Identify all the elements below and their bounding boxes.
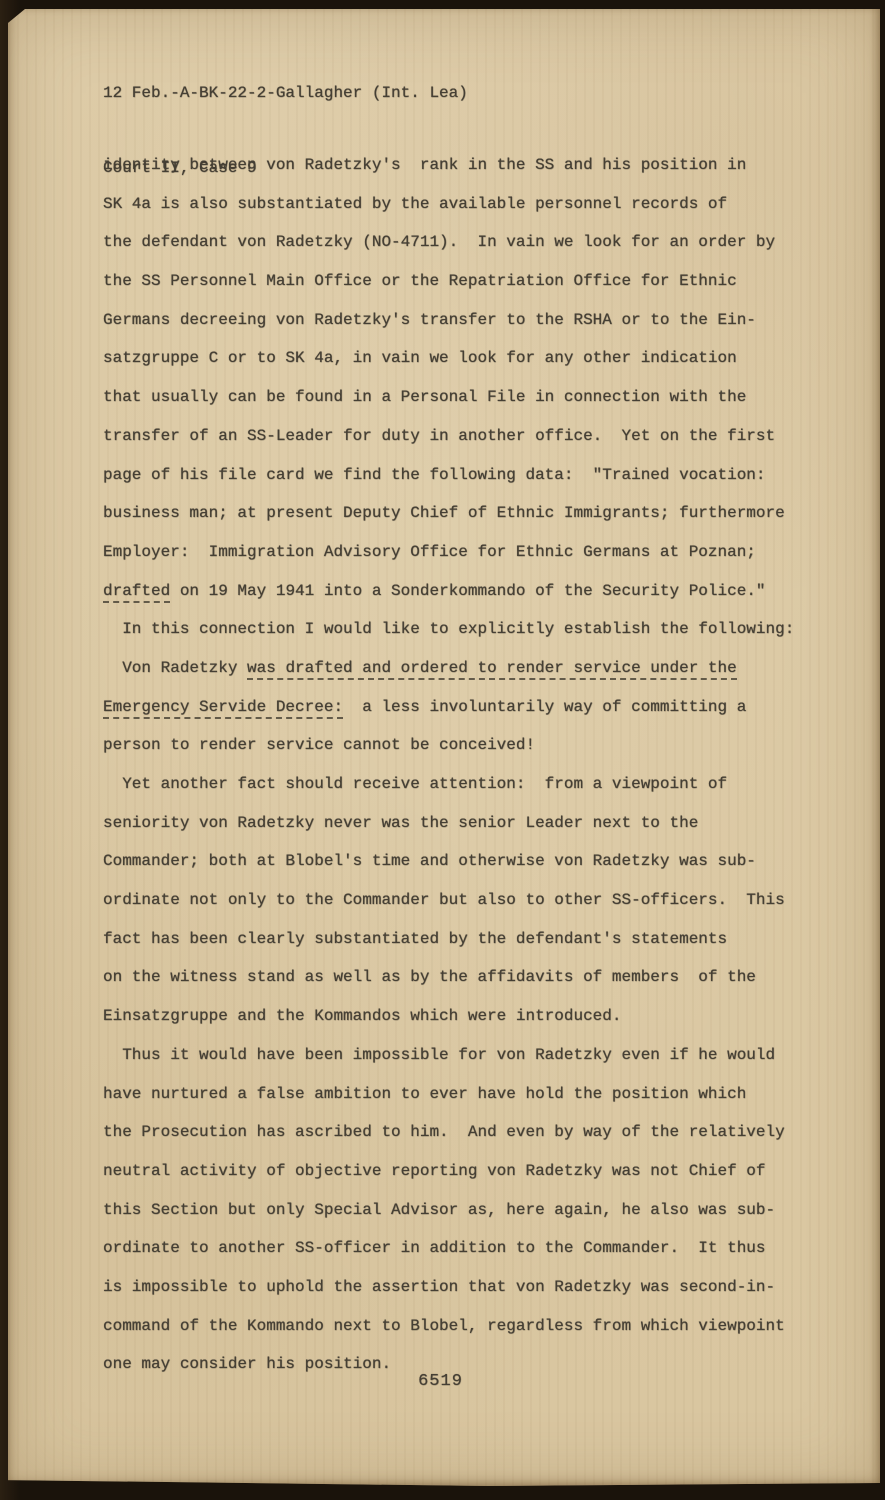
document-line: this Section but only Special Advisor as… [103, 1191, 863, 1230]
text-segment: is impossible to uphold the assertion th… [103, 1278, 775, 1296]
text-segment: seniority von Radetzky never was the sen… [103, 814, 698, 832]
text-segment: page of his file card we find the follow… [103, 466, 766, 484]
text-segment: have nurtured a false ambition to ever h… [103, 1085, 746, 1103]
text-segment: one may consider his position. [103, 1355, 391, 1373]
text-segment: ordinate not only to the Commander but a… [103, 891, 785, 909]
document-line: identity between von Radetzky's rank in … [103, 146, 863, 185]
document-line: business man; at present Deputy Chief of… [103, 494, 863, 533]
text-segment: the defendant von Radetzky (NO-4711). In… [103, 233, 775, 251]
document-page: 12 Feb.-A-BK-22-2-Gallagher (Int. Lea) C… [8, 9, 880, 1486]
document-line: satzgruppe C or to SK 4a, in vain we loo… [103, 339, 863, 378]
document-line: on the witness stand as well as by the a… [103, 958, 863, 997]
text-segment: neutral activity of objective reporting … [103, 1162, 766, 1180]
document-line: SK 4a is also substantiated by the avail… [103, 185, 863, 224]
header-line-1: 12 Feb.-A-BK-22-2-Gallagher (Int. Lea) [103, 81, 468, 106]
text-segment: Von Radetzky [103, 659, 247, 677]
document-line: Von Radetzky was drafted and ordered to … [103, 649, 863, 688]
document-line: ordinate not only to the Commander but a… [103, 881, 863, 920]
document-line: have nurtured a false ambition to ever h… [103, 1075, 863, 1114]
document-line: In this connection I would like to expli… [103, 610, 863, 649]
document-body: identity between von Radetzky's rank in … [103, 146, 863, 1384]
text-segment: business man; at present Deputy Chief of… [103, 504, 785, 522]
page-number: 6519 [103, 1372, 778, 1391]
document-line: Einsatzgruppe and the Kommandos which we… [103, 997, 863, 1036]
document-line: Employer: Immigration Advisory Office fo… [103, 533, 863, 572]
text-segment: Employer: Immigration Advisory Office fo… [103, 543, 756, 561]
text-segment: Germans decreeing von Radetzky's transfe… [103, 311, 756, 329]
text-segment: on the witness stand as well as by the a… [103, 968, 756, 986]
document-line: Commander; both at Blobel's time and oth… [103, 842, 863, 881]
underlined-text: was drafted and ordered to render servic… [247, 659, 737, 680]
document-line: drafted on 19 May 1941 into a Sonderkomm… [103, 572, 863, 611]
document-line: seniority von Radetzky never was the sen… [103, 804, 863, 843]
text-segment: the Prosecution has ascribed to him. And… [103, 1123, 785, 1141]
document-line: is impossible to uphold the assertion th… [103, 1268, 863, 1307]
text-segment: this Section but only Special Advisor as… [103, 1201, 775, 1219]
text-segment: satzgruppe C or to SK 4a, in vain we loo… [103, 349, 737, 367]
text-segment: In this connection I would like to expli… [103, 620, 794, 638]
document-line: person to render service cannot be conce… [103, 726, 863, 765]
text-segment: fact has been clearly substantiated by t… [103, 930, 727, 948]
text-segment: that usually can be found in a Personal … [103, 388, 746, 406]
document-line: the SS Personnel Main Office or the Repa… [103, 262, 863, 301]
text-segment: identity between von Radetzky's rank in … [103, 156, 746, 174]
document-line: Thus it would have been impossible for v… [103, 1036, 863, 1075]
document-line: fact has been clearly substantiated by t… [103, 920, 863, 959]
text-segment: Yet another fact should receive attentio… [103, 775, 727, 793]
document-line: that usually can be found in a Personal … [103, 378, 863, 417]
text-segment: person to render service cannot be conce… [103, 736, 535, 754]
text-segment: transfer of an SS-Leader for duty in ano… [103, 427, 775, 445]
text-segment: command of the Kommando next to Blobel, … [103, 1317, 785, 1335]
text-segment: a less involuntarily way of committing a [343, 698, 746, 716]
document-line: command of the Kommando next to Blobel, … [103, 1307, 863, 1346]
document-line: Germans decreeing von Radetzky's transfe… [103, 301, 863, 340]
document-line: neutral activity of objective reporting … [103, 1152, 863, 1191]
text-segment: ordinate to another SS-officer in additi… [103, 1239, 766, 1257]
text-segment: the SS Personnel Main Office or the Repa… [103, 272, 737, 290]
scan-background: 12 Feb.-A-BK-22-2-Gallagher (Int. Lea) C… [0, 0, 885, 1500]
text-segment: SK 4a is also substantiated by the avail… [103, 195, 727, 213]
document-line: ordinate to another SS-officer in additi… [103, 1229, 863, 1268]
text-segment: Thus it would have been impossible for v… [103, 1046, 775, 1064]
document-line: transfer of an SS-Leader for duty in ano… [103, 417, 863, 456]
text-segment: Einsatzgruppe and the Kommandos which we… [103, 1007, 621, 1025]
document-line: the Prosecution has ascribed to him. And… [103, 1113, 863, 1152]
document-line: page of his file card we find the follow… [103, 456, 863, 495]
text-segment: on 19 May 1941 into a Sonderkommando of … [170, 582, 765, 600]
document-line: the defendant von Radetzky (NO-4711). In… [103, 223, 863, 262]
document-line: Yet another fact should receive attentio… [103, 765, 863, 804]
underlined-text: drafted [103, 582, 170, 603]
underlined-text: Emergency Servide Decree: [103, 698, 343, 719]
document-line: Emergency Servide Decree: a less involun… [103, 688, 863, 727]
text-segment: Commander; both at Blobel's time and oth… [103, 852, 756, 870]
